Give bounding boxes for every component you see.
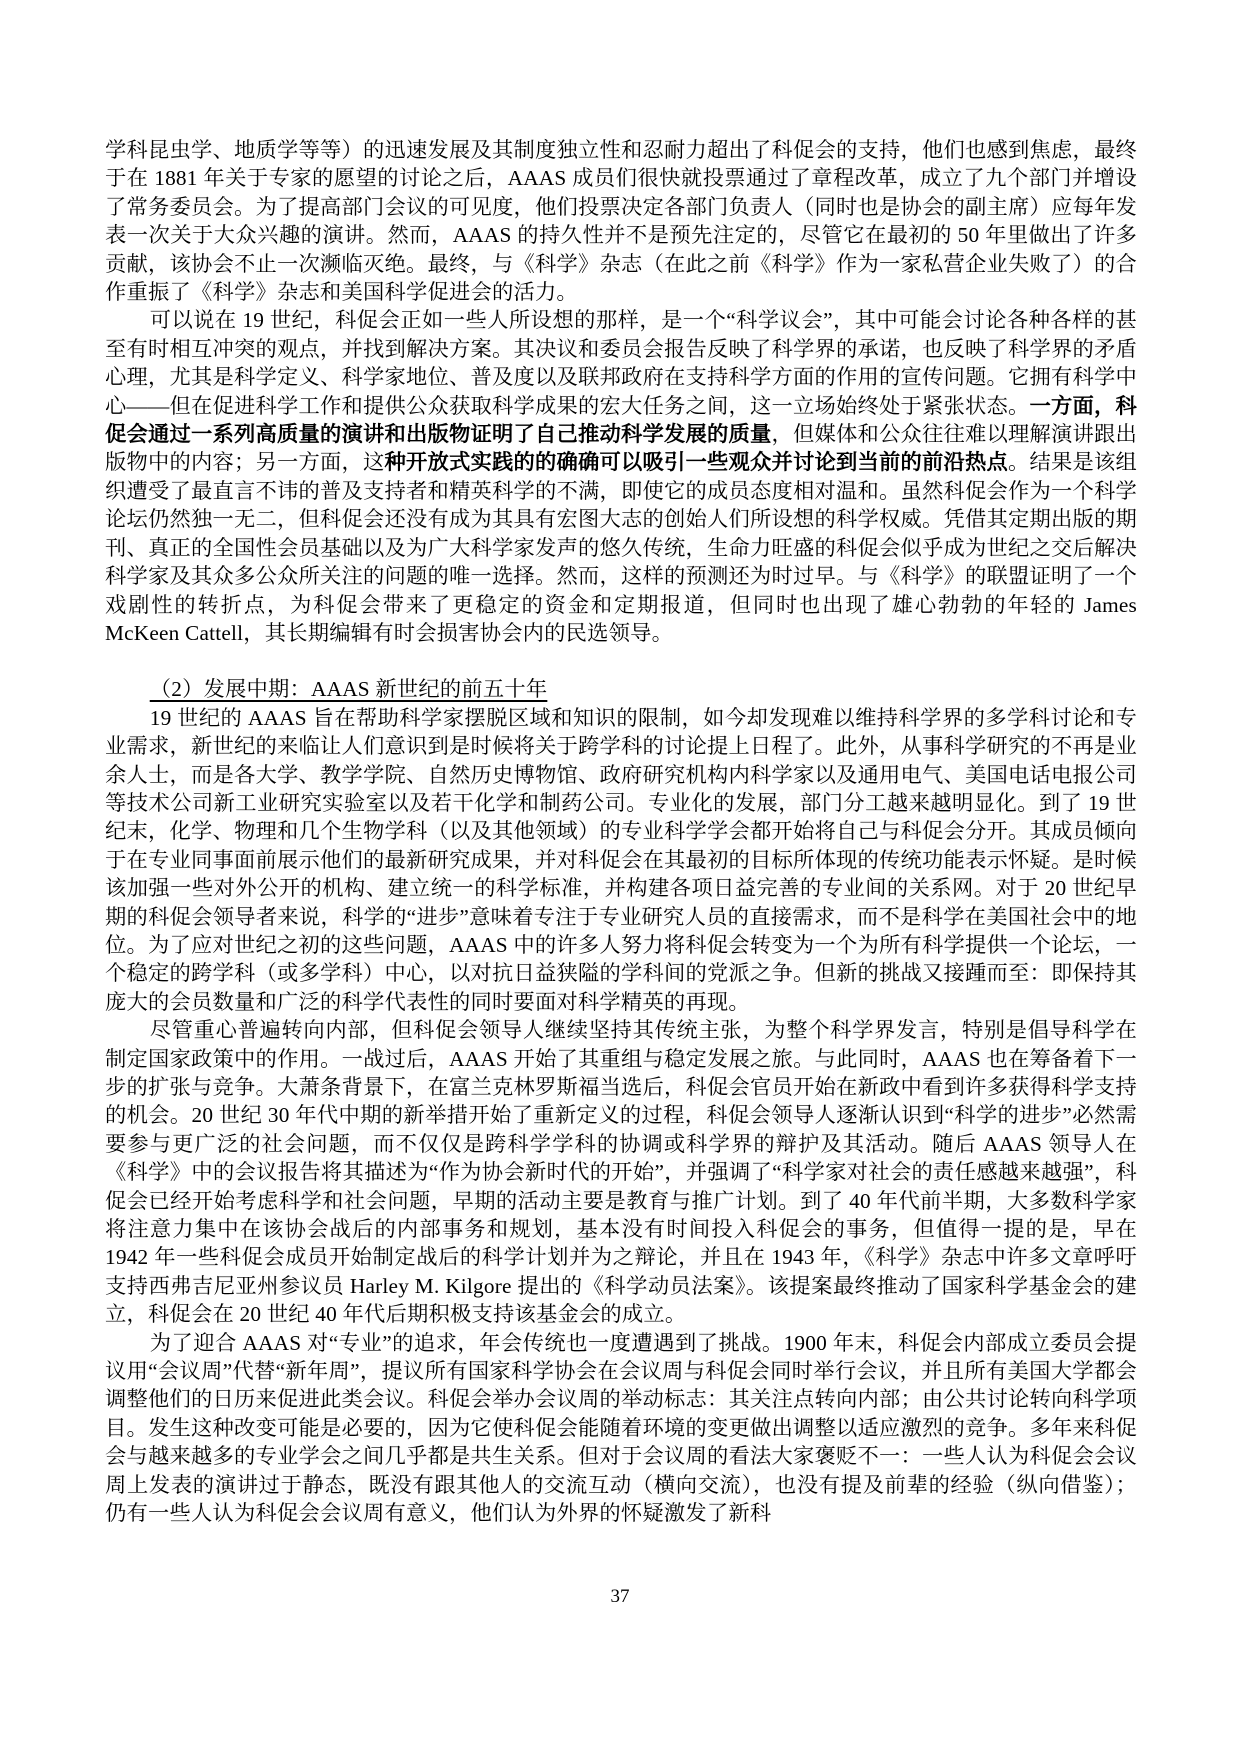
- body-paragraph: 19 世纪的 AAAS 旨在帮助科学家摆脱区域和知识的限制，如今却发现难以维持科…: [105, 704, 1137, 1016]
- body-paragraph-continuation: 学科昆虫学、地质学等等）的迅速发展及其制度独立性和忍耐力超出了科促会的支持，他们…: [105, 136, 1137, 306]
- page-number: 37: [0, 1585, 1240, 1609]
- document-page: 学科昆虫学、地质学等等）的迅速发展及其制度独立性和忍耐力超出了科促会的支持，他们…: [0, 0, 1240, 1753]
- text-run: 为了迎合 AAAS 对“专业”的追求，年会传统也一度遭遇到了挑战。1900 年末…: [105, 1331, 1137, 1525]
- section-heading: （2）发展中期：AAAS 新世纪的前五十年: [105, 675, 1137, 703]
- text-run: 19 世纪的 AAAS 旨在帮助科学家摆脱区域和知识的限制，如今却发现难以维持科…: [105, 706, 1137, 1014]
- text-run: 可以说在 19 世纪，科促会正如一些人所设想的那样，是一个“科学议会”，其中可能…: [105, 308, 1137, 417]
- body-paragraph: 为了迎合 AAAS 对“专业”的追求，年会传统也一度遭遇到了挑战。1900 年末…: [105, 1329, 1137, 1528]
- body-paragraph: 尽管重心普遍转向内部，但科促会领导人继续坚持其传统主张，为整个科学界发言，特别是…: [105, 1016, 1137, 1328]
- body-paragraph: 可以说在 19 世纪，科促会正如一些人所设想的那样，是一个“科学议会”，其中可能…: [105, 306, 1137, 647]
- text-run: 。结果是该组织遭受了最直言不讳的普及支持者和精英科学的不满，即使它的成员态度相对…: [105, 450, 1137, 644]
- text-run: （2）发展中期：AAAS 新世纪的前五十年: [150, 677, 548, 701]
- page-body: 学科昆虫学、地质学等等）的迅速发展及其制度独立性和忍耐力超出了科促会的支持，他们…: [105, 136, 1137, 1528]
- bold-text-run: 种开放式实践的的确确可以吸引一些观众并讨论到当前的前沿热点: [385, 450, 1009, 474]
- text-run: 尽管重心普遍转向内部，但科促会领导人继续坚持其传统主张，为整个科学界发言，特别是…: [105, 1018, 1137, 1326]
- text-run: 学科昆虫学、地质学等等）的迅速发展及其制度独立性和忍耐力超出了科促会的支持，他们…: [105, 138, 1137, 304]
